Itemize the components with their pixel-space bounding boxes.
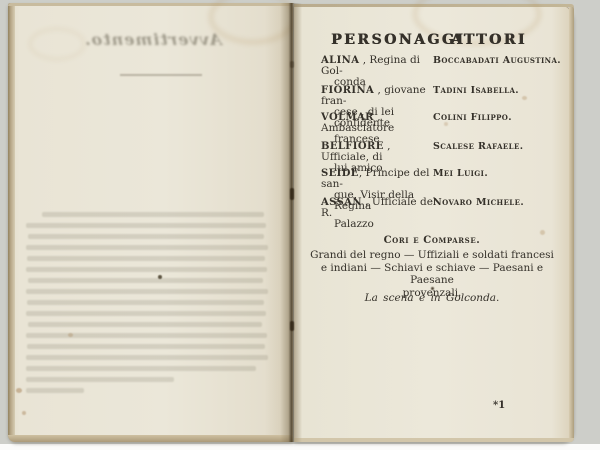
- bleed-line: [26, 245, 268, 250]
- foxing-spot: [22, 411, 26, 415]
- cast-actor: Boccabadati Augustina.: [433, 55, 561, 66]
- cast-actor: Colini Filippo.: [433, 112, 512, 123]
- cast-role: ASSAN , Ufficiale del R.Palazzo: [321, 197, 441, 230]
- right-page-fore-edge: [569, 4, 574, 442]
- foxing-spot: [158, 275, 162, 279]
- cast-actor: Novaro Michele.: [433, 197, 524, 208]
- gutter-thread: [290, 188, 294, 200]
- chorus-heading: Cori e Comparse.: [302, 235, 562, 246]
- gutter-shadow: [280, 3, 302, 442]
- bleed-line: [27, 300, 264, 305]
- right-page-bottom-edge: [294, 438, 574, 442]
- scene-note: La scena è in Golconda.: [302, 292, 562, 304]
- book-photo: Avvertimento.: [0, 0, 600, 450]
- bleed-line: [26, 377, 174, 382]
- backdrop-bottom-strip: [0, 444, 600, 450]
- bleed-line: [27, 256, 265, 261]
- bleed-line: [26, 267, 267, 272]
- left-page: Avvertimento.: [8, 3, 293, 442]
- bleed-line: [26, 311, 266, 316]
- foxing-spot: [522, 96, 527, 100]
- gutter-thread: [290, 321, 294, 331]
- right-page: PERSONAGGI ATTORI ALINA , Regina di Gol-…: [294, 4, 574, 442]
- bleed-through-rule: [120, 74, 202, 76]
- stain-ring: [28, 27, 86, 61]
- gutter-thread: [290, 61, 294, 68]
- attori-header: ATTORI: [451, 32, 527, 48]
- bleed-line: [28, 278, 263, 283]
- bleed-line: [26, 333, 267, 338]
- bleed-line: [28, 234, 264, 239]
- personaggi-header: PERSONAGGI: [331, 32, 465, 48]
- signature-mark: *1: [493, 400, 505, 411]
- role-desc-continuation: Palazzo: [334, 219, 441, 230]
- cast-actor: Tadini Isabella.: [433, 85, 519, 96]
- cast-actor: Scalese Rafaele.: [433, 141, 523, 152]
- bleed-line: [26, 366, 256, 371]
- chorus-line: e indiani — Schiavi e schiave — Paesani …: [302, 262, 562, 287]
- bleed-line: [28, 322, 262, 327]
- foxing-spot: [16, 388, 22, 393]
- bleed-through-paragraph: [26, 212, 274, 399]
- bleed-line: [26, 355, 268, 360]
- bleed-line: [42, 212, 264, 217]
- bleed-line: [27, 344, 265, 349]
- left-page-fore-edge: [8, 3, 15, 442]
- chorus-line: Grandi del regno — Uffiziali e soldati f…: [302, 249, 562, 262]
- cast-actor: Mei Luigi.: [433, 168, 488, 179]
- bleed-line: [26, 289, 268, 294]
- chorus-block: Cori e Comparse. Grandi del regno — Uffi…: [302, 235, 562, 299]
- bleed-line: [26, 223, 266, 228]
- bleed-line: [26, 388, 84, 393]
- left-page-bottom-edge: [8, 435, 293, 442]
- foxing-spot: [68, 333, 73, 337]
